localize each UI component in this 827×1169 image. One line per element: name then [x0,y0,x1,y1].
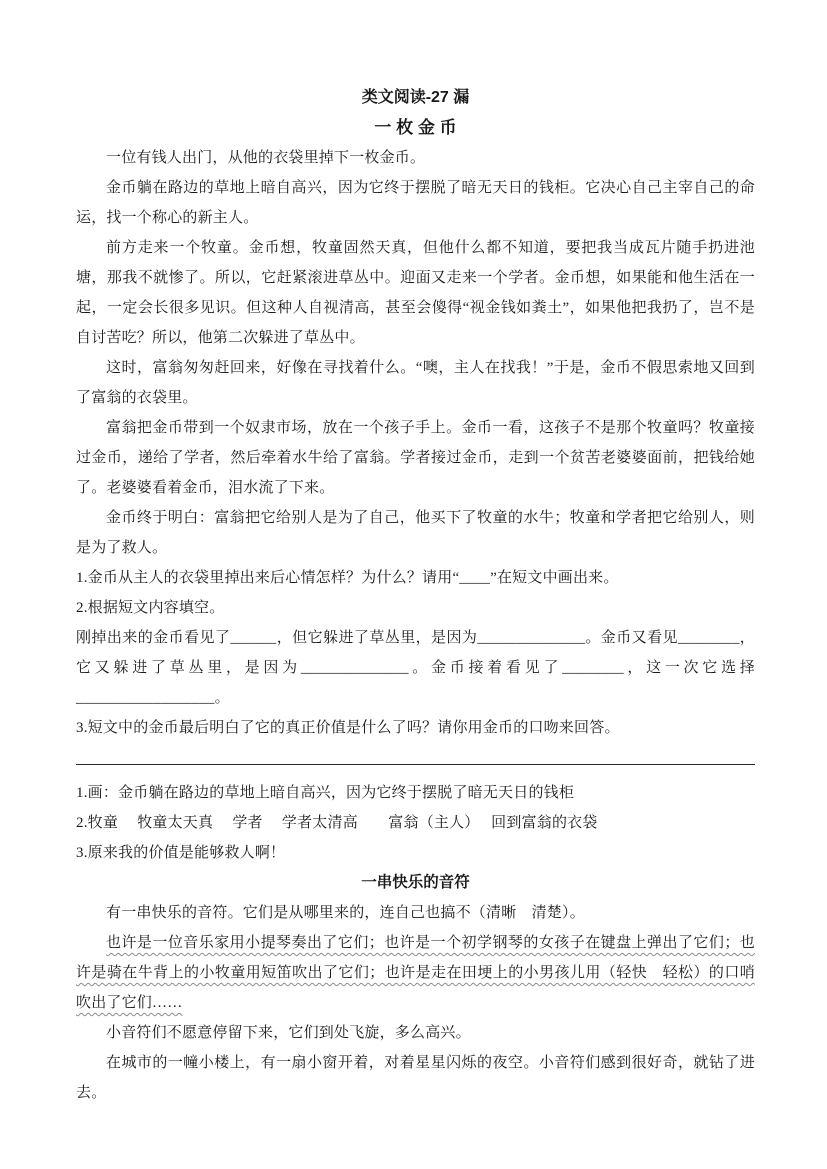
passage1-paragraph: 金币躺在路边的草地上暗自高兴，因为它终于摆脱了暗无天日的钱柜。它决心自己主宰自己… [76,173,755,233]
passage2-paragraph-underlined: 也许是一位音乐家用小提琴奏出了它们；也许是一个初学钢琴的女孩子在键盘上弹出了它们… [76,928,755,1018]
passage1-paragraph: 一位有钱人出门，从他的衣袋里掉下一枚金币。 [76,143,755,173]
passage1-paragraph: 富翁把金币带到一个奴隶市场，放在一个孩子手上。金币一看，这孩子不是那个牧童吗？牧… [76,413,755,503]
passage1-paragraph: 前方走来一个牧童。金币想，牧童固然天真，但他什么都不知道，要把我当成瓦片随手扔进… [76,233,755,353]
question-item-1: 1.金币从主人的衣袋里掉出来后心情怎样？为什么？请用“____”在短文中画出来。 [76,563,755,593]
question-item-2: 2.根据短文内容填空。 [76,593,755,623]
passage1-paragraph: 这时，富翁匆匆赶回来，好像在寻找着什么。“噢，主人在找我！”于是，金币不假思索地… [76,353,755,413]
passage1-paragraph: 金币终于明白：富翁把它给别人是为了自己，他买下了牧童的水牛；牧童和学者把它给别人… [76,503,755,563]
answer-item-3: 3.原来我的价值是能够救人啊！ [76,838,755,868]
passage2-title: 一串快乐的音符 [76,868,755,898]
passage2-paragraph: 在城市的一幢小楼上，有一扇小窗开着，对着星星闪烁的夜空。小音符们感到很好奇，就钻… [76,1048,755,1108]
fill-blank-paragraph: 刚掉出来的金币看见了______，但它躲进了草丛里，是因为___________… [76,623,755,713]
doc-title: 类文阅读-27 漏 [76,83,755,113]
passage1-title: 一 枚 金 币 [76,113,755,143]
question-item-3: 3.短文中的金币最后明白了它的真正价值是什么了吗？请你用金币的口吻来回答。 [76,713,755,743]
answer-item-1: 1.画：金币躺在路边的草地上暗自高兴，因为它终于摆脱了暗无天日的钱柜 [76,778,755,808]
worksheet-page: 类文阅读-27 漏 一 枚 金 币 一位有钱人出门，从他的衣袋里掉下一枚金币。 … [0,0,827,1169]
passage2-paragraph: 有一串快乐的音符。它们是从哪里来的，连自己也搞不（清晰 清楚）。 [76,898,755,928]
answer-item-2: 2.牧童 牧童太天真 学者 学者太清高 富翁（主人） 回到富翁的衣袋 [76,808,755,838]
answer-divider [76,764,755,765]
passage2-paragraph: 小音符们不愿意停留下来，它们到处飞旋，多么高兴。 [76,1018,755,1048]
